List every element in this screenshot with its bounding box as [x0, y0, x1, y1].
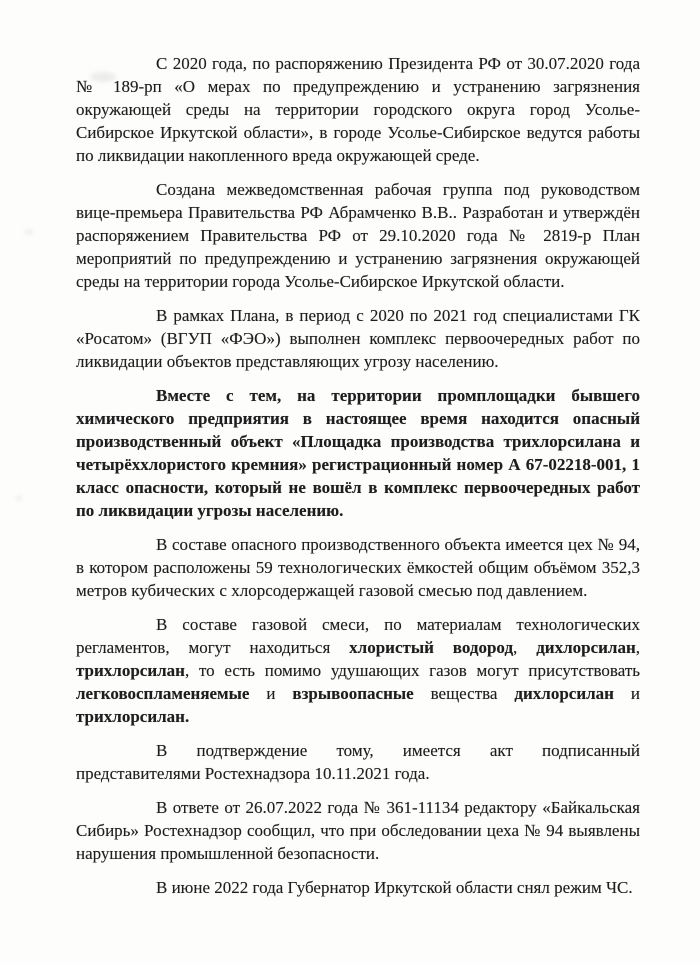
paragraph-1: С 2020 года, по распоряжению Президента … — [76, 52, 640, 167]
text-segment: В июне 2022 года Губернатор Иркутской об… — [156, 878, 633, 897]
text-segment: С 2020 года, по распоряжению Президента … — [76, 54, 640, 165]
text-segment: хлористый водород — [349, 638, 513, 657]
paragraph-7: В подтверждение тому, имеется акт подпис… — [76, 739, 640, 785]
text-segment: и — [614, 684, 640, 703]
text-segment: легковоспламеняемые — [76, 684, 249, 703]
paragraph-5: В составе опасного производственного объ… — [76, 533, 640, 602]
text-segment: вещества — [414, 684, 515, 703]
text-segment: трихлорсилан. — [76, 707, 189, 726]
text-segment: В составе опасного производственного объ… — [76, 535, 640, 600]
document-page: С 2020 года, по распоряжению Президента … — [0, 0, 700, 963]
text-segment: Создана межведомственная рабочая группа … — [76, 180, 640, 291]
text-segment: трихлорсилан — [76, 661, 185, 680]
text-segment: и — [249, 684, 292, 703]
paragraph-6: В составе газовой смеси, по материалам т… — [76, 613, 640, 728]
scan-smudge — [16, 496, 22, 501]
text-segment: Вместе с тем, на территории промплощадки… — [76, 386, 640, 520]
text-segment: дихлорсилан — [536, 638, 636, 657]
paragraph-2: Создана межведомственная рабочая группа … — [76, 178, 640, 293]
document-body: С 2020 года, по распоряжению Президента … — [76, 52, 640, 910]
text-segment: взрывоопасные — [292, 684, 413, 703]
paragraph-9: В июне 2022 года Губернатор Иркутской об… — [76, 876, 640, 899]
text-segment: , — [636, 638, 640, 657]
text-segment: , то есть помимо удушающих газов могут п… — [185, 661, 640, 680]
text-segment: дихлорсилан — [514, 684, 614, 703]
text-segment: В подтверждение тому, имеется акт подпис… — [76, 741, 640, 783]
scan-smudge — [24, 230, 34, 234]
paragraph-3: В рамках Плана, в период с 2020 по 2021 … — [76, 304, 640, 373]
text-segment: В ответе от 26.07.2022 года № 361-11134 … — [76, 798, 640, 863]
text-segment: , — [513, 638, 536, 657]
paragraph-4: Вместе с тем, на территории промплощадки… — [76, 384, 640, 522]
text-segment: В рамках Плана, в период с 2020 по 2021 … — [76, 306, 640, 371]
paragraph-8: В ответе от 26.07.2022 года № 361-11134 … — [76, 796, 640, 865]
